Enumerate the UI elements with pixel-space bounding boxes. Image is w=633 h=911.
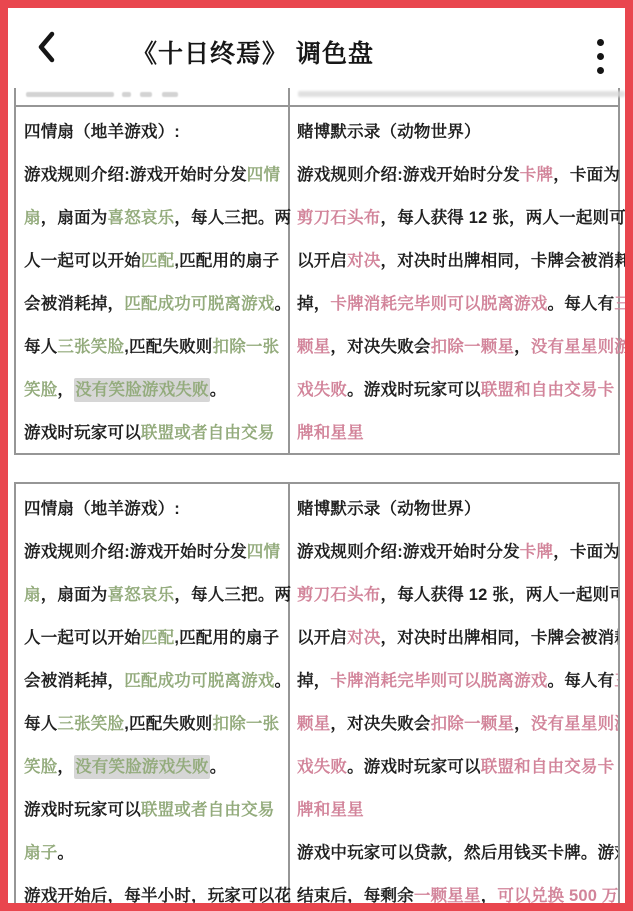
text-segment: 。 <box>275 672 292 690</box>
text-segment: 会被消耗掉， <box>24 295 124 313</box>
text-segment: 联盟和自由交易卡 <box>481 381 615 399</box>
text-segment: 四情 <box>247 166 280 184</box>
text-segment: 。每人有 <box>548 672 615 690</box>
text-segment: 卡牌消耗完毕则可以脱离游戏 <box>330 672 547 690</box>
text-line: 每人三张笑脸,匹配失败则扣除一张 <box>24 703 284 746</box>
text-segment: 以开启 <box>297 629 347 647</box>
rules-table-top: 四情扇（地羊游戏）:游戏规则介绍:游戏开始时分发四情扇，扇面为喜怒哀乐，每人三把… <box>14 88 620 455</box>
text-segment: ,匹配用的扇子 <box>174 252 279 270</box>
text-line: 扇，扇面为喜怒哀乐，每人三把。两 <box>24 197 284 240</box>
text-segment: ,匹配失败则 <box>124 338 212 356</box>
text-line: 扇子。 <box>24 832 284 875</box>
text-segment: 。 <box>275 295 292 313</box>
text-segment: 赌博默示录（动物世界） <box>297 123 481 141</box>
text-line: 笑脸，没有笑脸游戏失败。 <box>24 746 284 789</box>
text-segment: ,匹配失败则 <box>124 715 212 733</box>
text-segment: ，对决失败会 <box>330 715 430 733</box>
text-segment: 匹配成功可脱离游戏 <box>124 672 274 690</box>
text-segment: 笑脸 <box>24 758 57 776</box>
text-segment: 结束后，每剩余 <box>297 887 414 903</box>
text-line: 人一起可以开始匹配,匹配用的扇子 <box>24 617 284 660</box>
text-segment: 匹配成功可脱离游戏 <box>124 295 274 313</box>
text-segment: 对决 <box>347 629 380 647</box>
rules-text-fan-game: 四情扇（地羊游戏）:游戏规则介绍:游戏开始时分发四情扇，扇面为喜怒哀乐，每人三把… <box>16 484 288 903</box>
rules-text-gamble-game: 赌博默示录（动物世界）游戏规则介绍:游戏开始时分发卡牌，卡面为剪刀石头布，每人获… <box>290 484 620 903</box>
text-line: 以开启对决，对决时出牌相同，卡牌会被消耗 <box>297 617 620 660</box>
text-segment: 每人 <box>24 715 57 733</box>
text-segment: 匹配 <box>141 252 174 270</box>
text-segment: ，每人三把。两 <box>174 209 291 227</box>
text-line: 游戏中玩家可以贷款，然后用钱买卡牌。游戏 <box>297 832 620 875</box>
text-segment: 游戏中玩家可以贷款，然后用钱买卡牌。游戏 <box>297 844 620 862</box>
table-column-gamble-game: 赌博默示录（动物世界）游戏规则介绍:游戏开始时分发卡牌，卡面为剪刀石头布，每人获… <box>290 484 620 903</box>
text-segment: ， <box>514 715 531 733</box>
text-segment: 牌和星星 <box>297 801 364 819</box>
text-segment: 牌和星星 <box>297 424 364 442</box>
text-segment: 剪刀石头布 <box>297 586 381 604</box>
text-line: 笑脸，没有笑脸游戏失败。 <box>24 369 284 412</box>
text-segment: 卡牌 <box>520 543 553 561</box>
text-line: 游戏时玩家可以联盟或者自由交易 <box>24 412 284 455</box>
text-segment: 游戏时玩家可以 <box>24 801 141 819</box>
text-segment: 扣除一颗星 <box>431 715 515 733</box>
text-segment: 人一起可以开始 <box>24 252 141 270</box>
text-segment: 以开启 <box>297 252 347 270</box>
text-segment: ， <box>57 381 74 399</box>
navigation-bar: 《十日终焉》 调色盘 <box>8 8 625 88</box>
text-line: 扇，扇面为喜怒哀乐，每人三把。两 <box>24 574 284 617</box>
text-segment: ， <box>57 758 74 776</box>
text-segment: ，卡面为 <box>553 166 620 184</box>
text-segment: 四情扇（地羊游戏）: <box>24 123 180 141</box>
text-segment: 游戏规则介绍:游戏开始时分发 <box>297 166 520 184</box>
text-segment: 戏失败 <box>297 758 347 776</box>
text-segment: 游戏规则介绍:游戏开始时分发 <box>24 166 247 184</box>
text-line: 颗星，对决失败会扣除一颗星，没有星星则游 <box>297 703 620 746</box>
text-segment: ，卡面为 <box>553 543 620 561</box>
text-segment: 三 <box>614 295 631 313</box>
text-line: 赌博默示录（动物世界） <box>297 111 631 154</box>
kebab-menu-icon <box>597 39 604 46</box>
text-segment: ，每人获得 12 张，两人一起则可 <box>381 209 626 227</box>
text-line: 剪刀石头布，每人获得 12 张，两人一起则可 <box>297 197 631 240</box>
text-line: 游戏规则介绍:游戏开始时分发四情 <box>24 531 284 574</box>
text-line: 四情扇（地羊游戏）: <box>24 111 284 154</box>
text-segment: ，扇面为 <box>41 586 108 604</box>
text-segment: 联盟和自由交易卡 <box>481 758 615 776</box>
screenshot-frame: 《十日终焉》 调色盘 四情扇（地羊游戏）:游戏规则介绍:游戏开始时分发四情扇，扇… <box>0 0 633 911</box>
text-segment: 三张笑脸 <box>57 338 124 356</box>
text-segment: 颗星 <box>297 338 330 356</box>
text-segment: 可以兑换 500 万 <box>497 887 618 903</box>
text-segment: 匹配 <box>141 629 174 647</box>
cropped-text-remnant <box>298 91 625 97</box>
text-line: 游戏规则介绍:游戏开始时分发卡牌，卡面为 <box>297 531 620 574</box>
kebab-menu-icon <box>597 67 604 74</box>
text-segment: 。 <box>210 758 227 776</box>
text-segment: 没有笑脸游戏失败 <box>74 755 210 779</box>
text-segment: 戏失败 <box>297 381 347 399</box>
text-line: 四情扇（地羊游戏）: <box>24 488 284 531</box>
text-line: 以开启对决，对决时出牌相同，卡牌会被消耗 <box>297 240 631 283</box>
cropped-text-remnant <box>26 92 114 97</box>
text-segment: 扇 <box>24 209 41 227</box>
text-line: 游戏时玩家可以联盟或者自由交易 <box>24 789 284 832</box>
table-column-fan-game: 四情扇（地羊游戏）:游戏规则介绍:游戏开始时分发四情扇，扇面为喜怒哀乐，每人三把… <box>16 484 290 903</box>
text-line: 赌博默示录（动物世界） <box>297 488 620 531</box>
text-line: 掉，卡牌消耗完毕则可以脱离游戏。每人有三 <box>297 660 620 703</box>
text-segment: 。每人有 <box>548 295 615 313</box>
text-line: 游戏规则介绍:游戏开始时分发卡牌，卡面为 <box>297 154 631 197</box>
text-segment: 游戏开始后，每半小时，玩家可以花 <box>24 887 291 903</box>
text-segment: 。 <box>210 381 227 399</box>
text-line: 每人三张笑脸,匹配失败则扣除一张 <box>24 326 284 369</box>
text-segment: 剪刀石头布 <box>297 209 381 227</box>
page-title: 《十日终焉》 调色盘 <box>132 34 374 70</box>
text-segment: 四情扇（地羊游戏）: <box>24 500 180 518</box>
text-segment: 扣除一颗星 <box>431 338 515 356</box>
text-segment: 掉， <box>297 672 330 690</box>
text-line: 会被消耗掉，匹配成功可脱离游戏。 <box>24 283 284 326</box>
cropped-text-remnant <box>122 92 131 97</box>
text-segment: 掉， <box>297 295 330 313</box>
text-segment: 扇子 <box>24 844 57 862</box>
text-segment: 一颗星星 <box>414 887 481 903</box>
text-segment: ，每人获得 12 张，两人一起则可 <box>381 586 621 604</box>
table-column-gamble-game: 赌博默示录（动物世界）游戏规则介绍:游戏开始时分发卡牌，卡面为剪刀石头布，每人获… <box>290 88 633 453</box>
text-segment: ， <box>514 338 531 356</box>
text-line: 颗星，对决失败会扣除一颗星，没有星星则游 <box>297 326 631 369</box>
text-segment: 三 <box>614 672 620 690</box>
text-segment: 游戏规则介绍:游戏开始时分发 <box>297 543 520 561</box>
text-segment: ，扇面为 <box>41 209 108 227</box>
text-segment: 卡牌消耗完毕则可以脱离游戏 <box>330 295 547 313</box>
text-segment: 扣除一张 <box>213 715 280 733</box>
rules-table-bottom: 四情扇（地羊游戏）:游戏规则介绍:游戏开始时分发四情扇，扇面为喜怒哀乐，每人三把… <box>14 482 620 903</box>
text-line: 游戏开始后，每半小时，玩家可以花 <box>24 875 284 903</box>
text-segment: 。 <box>57 844 74 862</box>
text-segment: 每人 <box>24 338 57 356</box>
cropped-text-remnant <box>162 92 178 97</box>
chevron-left-icon <box>36 31 56 66</box>
text-segment: 联盟或者自由交易 <box>141 424 275 442</box>
text-line: 会被消耗掉，匹配成功可脱离游戏。 <box>24 660 284 703</box>
text-segment: ，对决失败会 <box>330 338 430 356</box>
text-line: 游戏规则介绍:游戏开始时分发四情 <box>24 154 284 197</box>
back-button[interactable] <box>28 28 64 68</box>
text-line: 牌和星星 <box>297 789 620 832</box>
text-segment: 对决 <box>347 252 380 270</box>
text-segment: ，每人三把。两 <box>174 586 291 604</box>
text-segment: 。游戏时玩家可以 <box>347 758 481 776</box>
text-segment: 扣除一张 <box>213 338 280 356</box>
rules-text-fan-game: 四情扇（地羊游戏）:游戏规则介绍:游戏开始时分发四情扇，扇面为喜怒哀乐，每人三把… <box>16 107 288 455</box>
table-column-fan-game: 四情扇（地羊游戏）:游戏规则介绍:游戏开始时分发四情扇，扇面为喜怒哀乐，每人三把… <box>16 88 290 453</box>
text-segment: 笑脸 <box>24 381 57 399</box>
text-segment: 赌博默示录（动物世界） <box>297 500 481 518</box>
text-segment: 四情 <box>247 543 280 561</box>
text-line: 牌和星星 <box>297 412 631 455</box>
text-segment: 没有笑脸游戏失败 <box>74 378 210 402</box>
kebab-menu-icon <box>597 53 604 60</box>
text-segment: ， <box>481 887 498 903</box>
rules-text-gamble-game: 赌博默示录（动物世界）游戏规则介绍:游戏开始时分发卡牌，卡面为剪刀石头布，每人获… <box>290 107 633 455</box>
text-line: 人一起可以开始匹配,匹配用的扇子 <box>24 240 284 283</box>
text-segment: 。游戏时玩家可以 <box>347 381 481 399</box>
table-row-divider <box>16 105 618 107</box>
text-segment: 没有星星则游 <box>531 715 620 733</box>
text-segment: 颗星 <box>297 715 330 733</box>
cropped-text-remnant <box>140 92 152 97</box>
text-segment: 喜怒哀乐 <box>108 209 175 227</box>
text-segment: 喜怒哀乐 <box>108 586 175 604</box>
text-segment: 游戏时玩家可以 <box>24 424 141 442</box>
text-line: 戏失败。游戏时玩家可以联盟和自由交易卡 <box>297 746 620 789</box>
text-segment: ,匹配用的扇子 <box>174 629 279 647</box>
text-line: 戏失败。游戏时玩家可以联盟和自由交易卡 <box>297 369 631 412</box>
text-segment: 卡牌 <box>520 166 553 184</box>
text-segment: 联盟或者自由交易 <box>141 801 275 819</box>
text-segment: 游戏规则介绍:游戏开始时分发 <box>24 543 247 561</box>
text-segment: 会被消耗掉， <box>24 672 124 690</box>
text-segment: 扇 <box>24 586 41 604</box>
text-line: 剪刀石头布，每人获得 12 张，两人一起则可 <box>297 574 620 617</box>
text-segment: 人一起可以开始 <box>24 629 141 647</box>
text-segment: ，对决时出牌相同，卡牌会被消耗 <box>381 629 620 647</box>
kebab-menu-button[interactable] <box>586 30 614 82</box>
text-segment: 没有星星则游 <box>531 338 631 356</box>
text-line: 结束后，每剩余一颗星星，可以兑换 500 万 <box>297 875 620 903</box>
text-segment: 三张笑脸 <box>57 715 124 733</box>
text-segment: ，对决时出牌相同，卡牌会被消耗 <box>381 252 632 270</box>
text-line: 掉，卡牌消耗完毕则可以脱离游戏。每人有三 <box>297 283 631 326</box>
